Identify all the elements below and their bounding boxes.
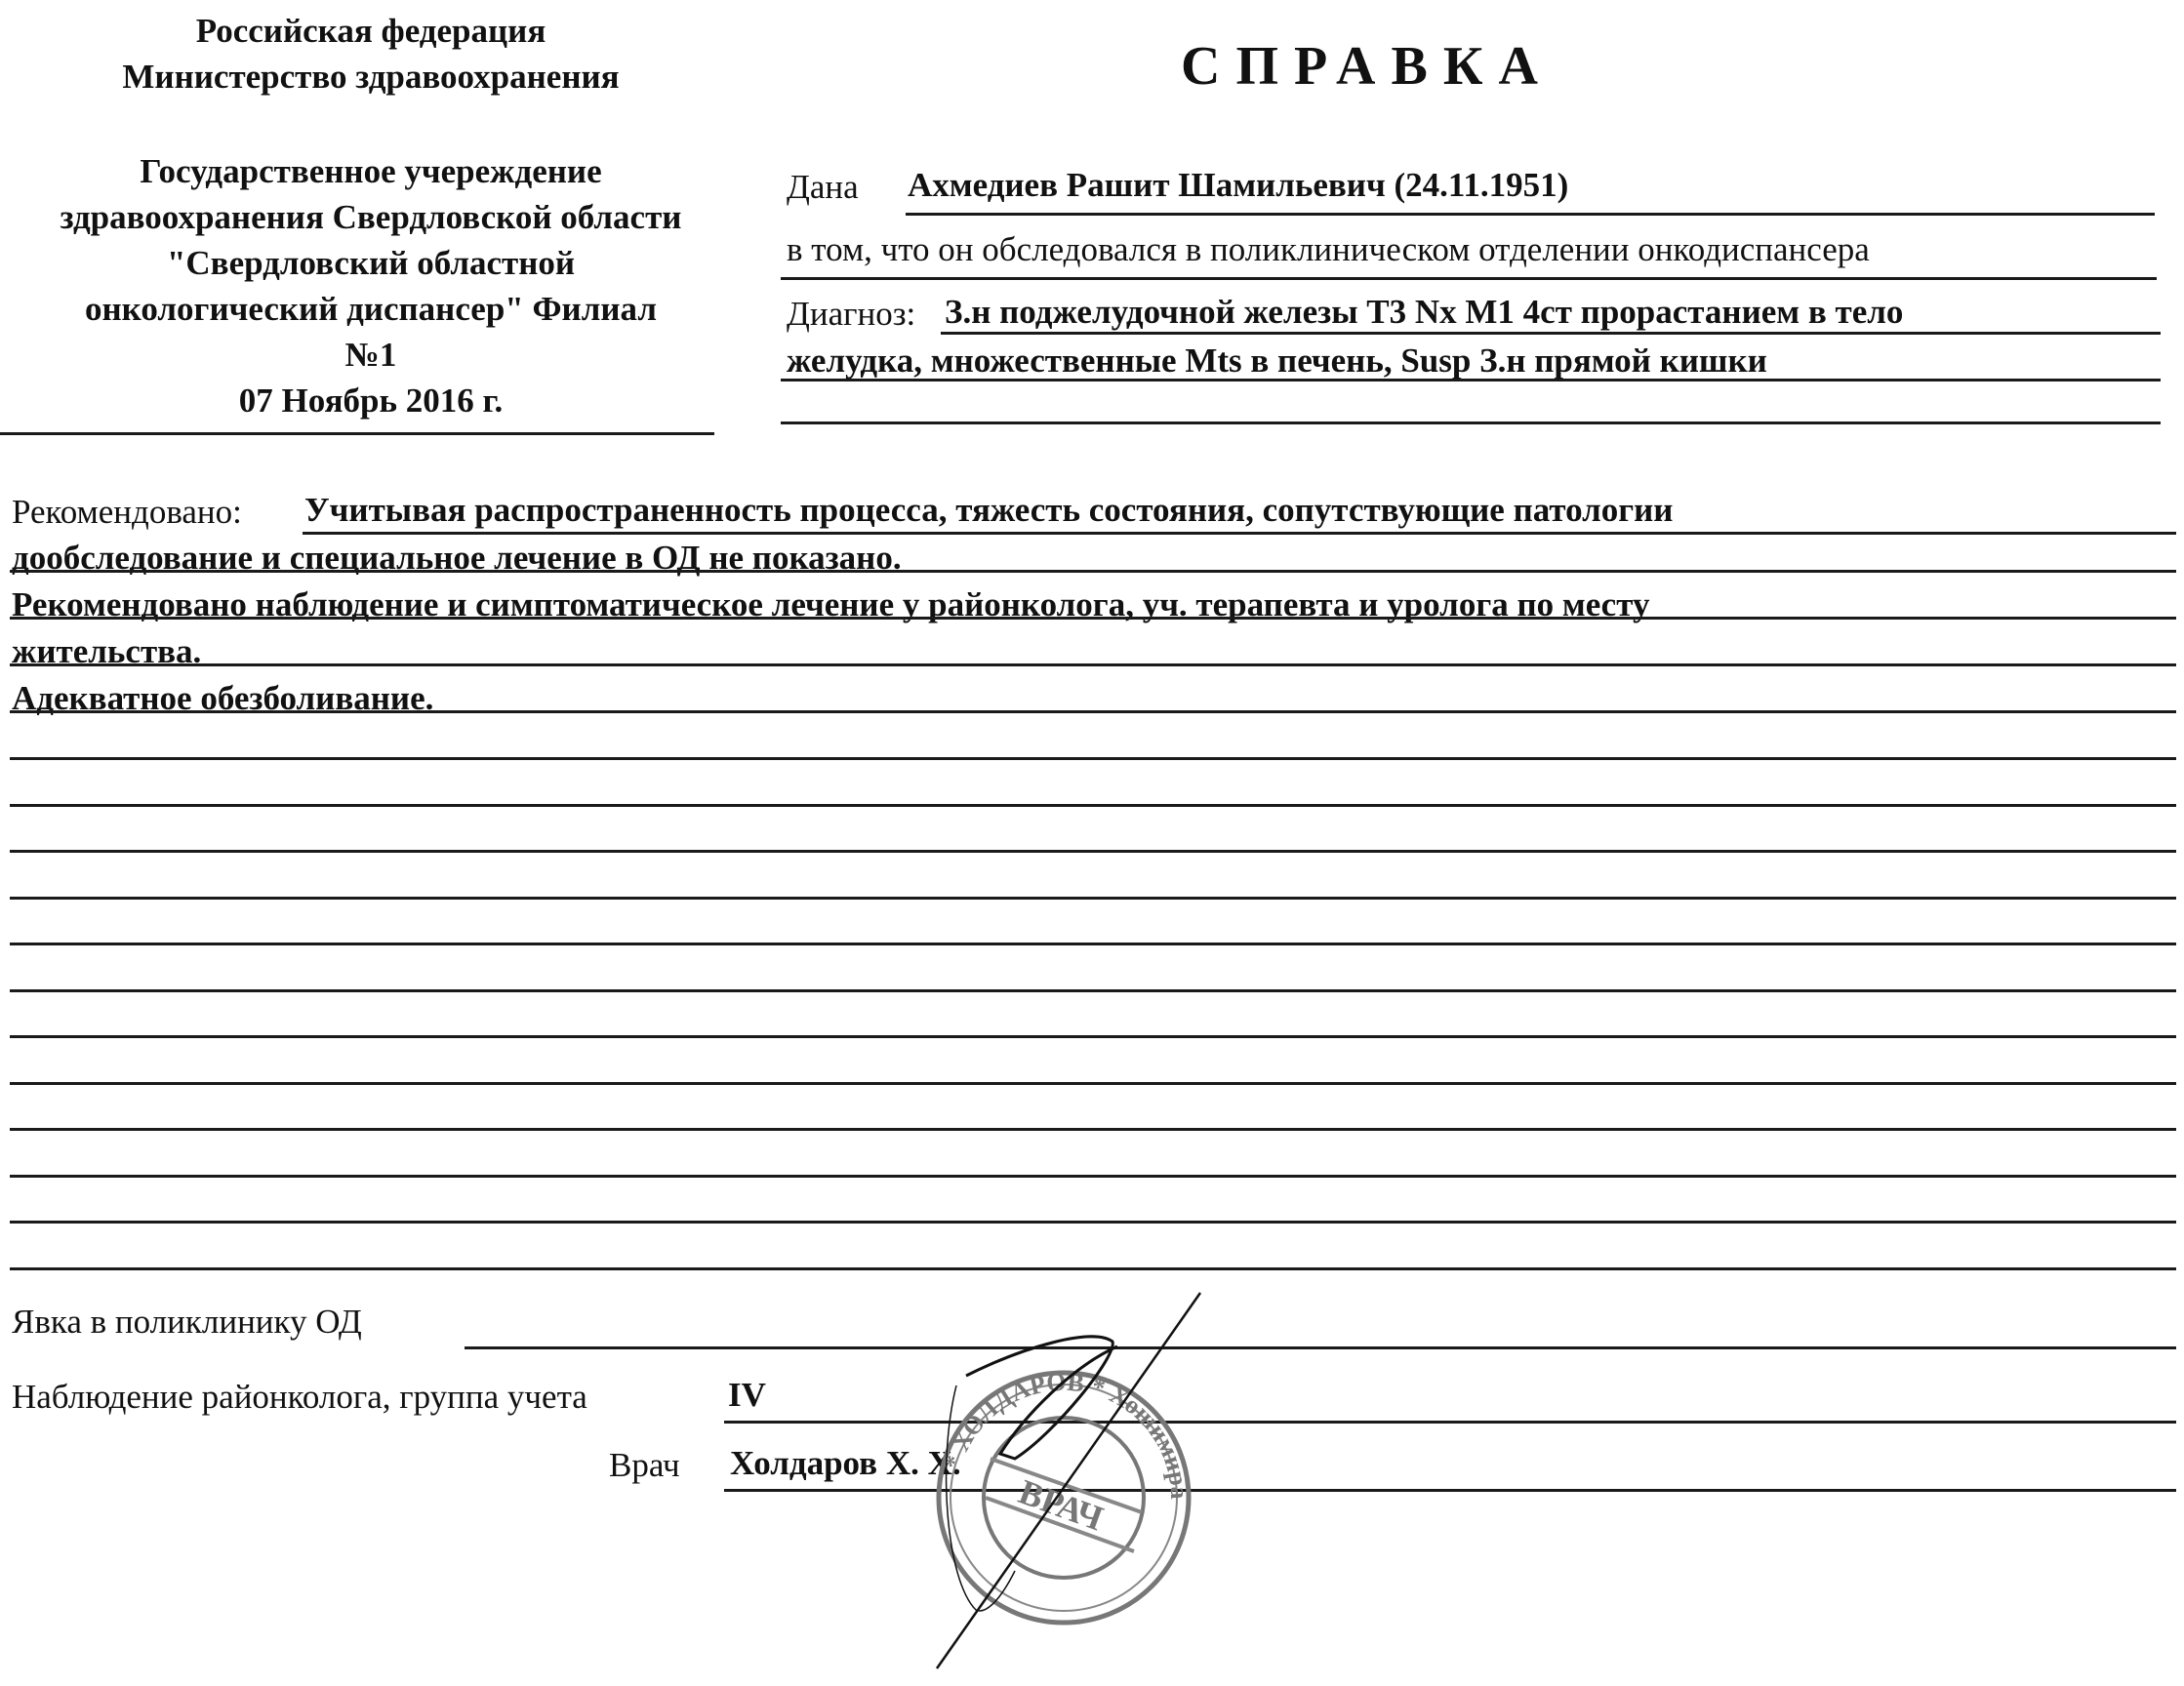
patient-name: Ахмедиев Рашит Шамильевич (24.11.1951) xyxy=(908,166,1568,205)
rule xyxy=(10,757,2176,760)
rule xyxy=(10,1267,2176,1270)
diagnosis-line: З.н поджелудочной железы Т3 Nx M1 4ст пр… xyxy=(945,293,1903,332)
rule xyxy=(10,1035,2176,1038)
organization-block: Государственное учереждение здравоохране… xyxy=(0,148,742,423)
statement-text: в том, что он обследовался в поликлиниче… xyxy=(787,230,1870,269)
rule xyxy=(10,663,2176,666)
doctor-label: Врач xyxy=(609,1446,680,1485)
diagnosis-label: Диагноз: xyxy=(787,295,915,334)
document-title: СПРАВКА xyxy=(1181,35,1554,98)
rule xyxy=(10,617,2176,620)
country-name: Российская федерация xyxy=(0,8,742,54)
org-line: "Свердловский областной xyxy=(0,240,742,286)
rule xyxy=(465,1346,2176,1349)
signature xyxy=(908,1288,1230,1678)
rule xyxy=(941,332,2161,335)
recommended-label: Рекомендовано: xyxy=(12,493,242,532)
header-divider xyxy=(0,432,714,435)
ministry-name: Министерство здравоохранения xyxy=(0,54,742,100)
rule xyxy=(10,1082,2176,1085)
rule xyxy=(10,897,2176,900)
rule xyxy=(10,850,2176,853)
rule xyxy=(781,277,2157,280)
rule xyxy=(10,804,2176,807)
rule xyxy=(10,943,2176,945)
rule xyxy=(10,1221,2176,1224)
observation-label: Наблюдение районколога, группа учета xyxy=(12,1378,587,1417)
rule xyxy=(10,989,2176,992)
given-label: Дана xyxy=(787,168,859,207)
rule xyxy=(10,710,2176,713)
org-line: №1 xyxy=(0,332,742,378)
rule xyxy=(781,379,2161,381)
rule xyxy=(906,213,2155,216)
org-line: здравоохранения Свердловской области xyxy=(0,194,742,240)
visit-label: Явка в поликлинику ОД xyxy=(12,1303,362,1342)
org-line: онкологический диспансер" Филиал xyxy=(0,286,742,332)
rule xyxy=(10,1128,2176,1131)
observation-group: IV xyxy=(728,1376,766,1415)
country-header: Российская федерация Министерство здраво… xyxy=(0,8,742,100)
diagnosis-line: желудка, множественные Mts в печень, Sus… xyxy=(787,341,1767,381)
rule xyxy=(303,532,2176,535)
recommendation-line: Учитывая распространенность процесса, тя… xyxy=(304,491,1673,530)
org-line: Государственное учереждение xyxy=(0,148,742,194)
rule xyxy=(10,1175,2176,1178)
rule xyxy=(781,421,2161,424)
document-date: 07 Ноябрь 2016 г. xyxy=(0,378,742,423)
rule xyxy=(10,570,2176,573)
